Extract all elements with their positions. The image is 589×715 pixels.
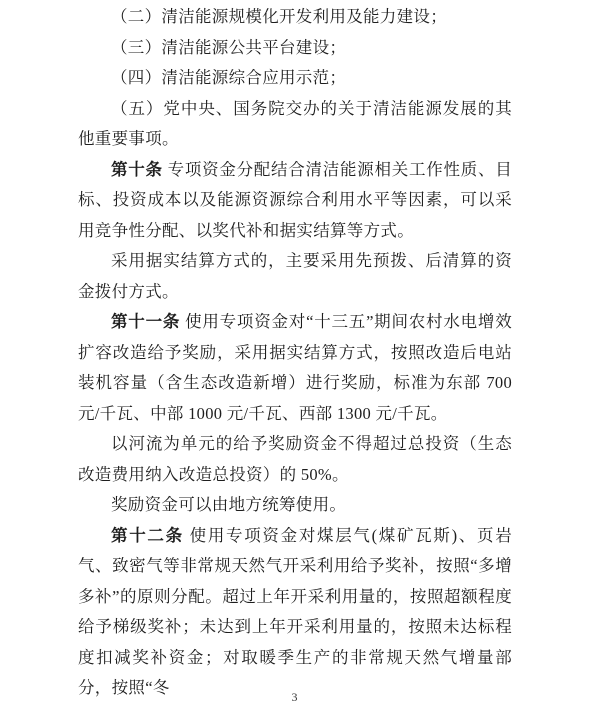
paragraph: 以河流为单元的给予奖励资金不得超过总投资（生态改造费用纳入改造总投资）的 50%… [78,429,512,490]
paragraph: （二）清洁能源规模化开发利用及能力建设； [78,2,512,33]
paragraph: 第十条 专项资金分配结合清洁能源相关工作性质、目标、投资成本以及能源资源综合利用… [78,155,512,247]
document-body: （二）清洁能源规模化开发利用及能力建设；（三）清洁能源公共平台建设；（四）清洁能… [78,2,512,704]
paragraph: 第十二条 使用专项资金对煤层气(煤矿瓦斯)、页岩气、致密气等非常规天然气开采利用… [78,521,512,704]
article-heading: 第十条 [111,160,163,179]
article-heading: 第十二条 [111,526,184,545]
page-footer: 3 [0,688,589,706]
paragraph: （四）清洁能源综合应用示范； [78,63,512,94]
paragraph: 第十一条 使用专项资金对“十三五”期间农村水电增效扩容改造给予奖励，采用据实结算… [78,307,512,429]
paragraph: 奖励资金可以由地方统筹使用。 [78,490,512,521]
paragraph: （三）清洁能源公共平台建设； [78,33,512,64]
paragraph: 采用据实结算方式的，主要采用先预拨、后清算的资金拨付方式。 [78,246,512,307]
document-page: （二）清洁能源规模化开发利用及能力建设；（三）清洁能源公共平台建设；（四）清洁能… [0,0,589,715]
article-heading: 第十一条 [111,312,180,331]
page-number: 3 [292,690,298,704]
paragraph: （五）党中央、国务院交办的关于清洁能源发展的其他重要事项。 [78,94,512,155]
